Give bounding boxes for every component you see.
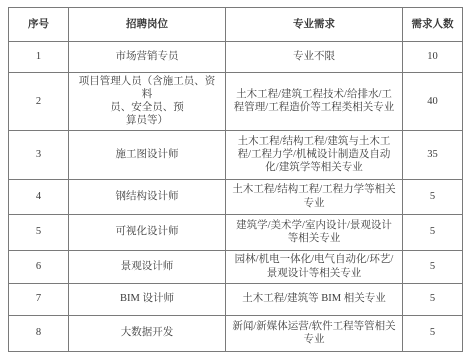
table-row: 7 BIM 设计师 土木工程/建筑等 BIM 相关专业 5 bbox=[9, 283, 463, 315]
cell-count: 10 bbox=[403, 42, 463, 73]
cell-position: BIM 设计师 bbox=[69, 283, 226, 315]
cell-major: 土木工程/建筑等 BIM 相关专业 bbox=[226, 283, 403, 315]
cell-position: 可视化设计师 bbox=[69, 214, 226, 250]
column-header-no: 序号 bbox=[9, 8, 69, 42]
cell-no: 3 bbox=[9, 130, 69, 179]
column-header-count: 需求人数 bbox=[403, 8, 463, 42]
cell-position: 市场营销专员 bbox=[69, 42, 226, 73]
cell-count: 5 bbox=[403, 179, 463, 214]
cell-position: 景观设计师 bbox=[69, 250, 226, 283]
cell-no: 8 bbox=[9, 315, 69, 351]
table-row: 2 项目管理人员（含施工员、资料 员、安全员、预 算员等） 土木工程/建筑工程技… bbox=[9, 73, 463, 131]
cell-no: 6 bbox=[9, 250, 69, 283]
page: 序号 招聘岗位 专业需求 需求人数 1 市场营销专员 专业不限 10 2 项目管… bbox=[0, 0, 471, 360]
cell-no: 5 bbox=[9, 214, 69, 250]
table-row: 4 钢结构设计师 土木工程/结构工程/工程力学等相关专业 5 bbox=[9, 179, 463, 214]
cell-count: 40 bbox=[403, 73, 463, 131]
cell-major: 土木工程/结构工程/工程力学等相关专业 bbox=[226, 179, 403, 214]
cell-count: 5 bbox=[403, 250, 463, 283]
cell-position: 钢结构设计师 bbox=[69, 179, 226, 214]
cell-no: 2 bbox=[9, 73, 69, 131]
recruitment-table: 序号 招聘岗位 专业需求 需求人数 1 市场营销专员 专业不限 10 2 项目管… bbox=[8, 7, 463, 352]
table-row: 6 景观设计师 园林/机电一体化/电气自动化/环艺/景观设计等相关专业 5 bbox=[9, 250, 463, 283]
table-row: 3 施工图设计师 土木工程/结构工程/建筑与土木工程/工程力学/机械设计制造及自… bbox=[9, 130, 463, 179]
table-header-row: 序号 招聘岗位 专业需求 需求人数 bbox=[9, 8, 463, 42]
cell-major: 土木工程/建筑工程技术/给排水/工程管理/工程造价等工程类相关专业 bbox=[226, 73, 403, 131]
cell-no: 7 bbox=[9, 283, 69, 315]
table-row: 8 大数据开发 新闻/新媒体运营/软件工程等管相关专业 5 bbox=[9, 315, 463, 351]
cell-major: 园林/机电一体化/电气自动化/环艺/景观设计等相关专业 bbox=[226, 250, 403, 283]
cell-position: 项目管理人员（含施工员、资料 员、安全员、预 算员等） bbox=[69, 73, 226, 131]
table-row: 1 市场营销专员 专业不限 10 bbox=[9, 42, 463, 73]
cell-major: 专业不限 bbox=[226, 42, 403, 73]
cell-no: 4 bbox=[9, 179, 69, 214]
cell-position: 施工图设计师 bbox=[69, 130, 226, 179]
column-header-major: 专业需求 bbox=[226, 8, 403, 42]
cell-major: 土木工程/结构工程/建筑与土木工程/工程力学/机械设计制造及自动化/建筑学等相关… bbox=[226, 130, 403, 179]
cell-position: 大数据开发 bbox=[69, 315, 226, 351]
cell-major: 新闻/新媒体运营/软件工程等管相关专业 bbox=[226, 315, 403, 351]
cell-count: 5 bbox=[403, 283, 463, 315]
cell-count: 5 bbox=[403, 315, 463, 351]
table-row: 5 可视化设计师 建筑学/美术学/室内设计/景观设计等相关专业 5 bbox=[9, 214, 463, 250]
cell-no: 1 bbox=[9, 42, 69, 73]
cell-count: 5 bbox=[403, 214, 463, 250]
column-header-position: 招聘岗位 bbox=[69, 8, 226, 42]
cell-major: 建筑学/美术学/室内设计/景观设计等相关专业 bbox=[226, 214, 403, 250]
cell-count: 35 bbox=[403, 130, 463, 179]
